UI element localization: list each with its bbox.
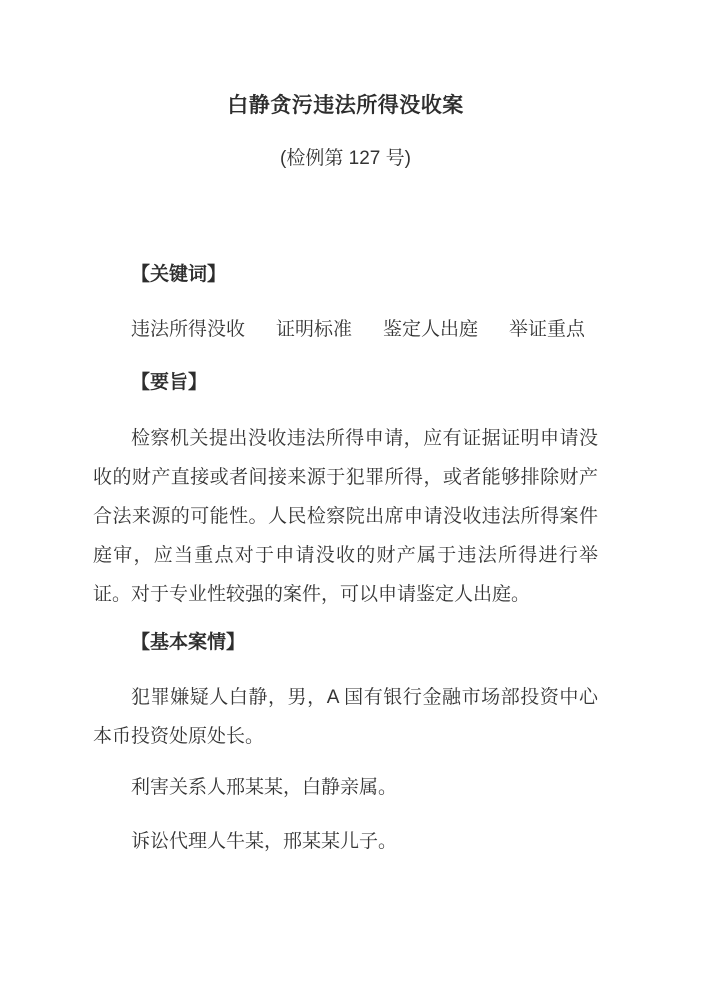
gist-heading: 【要旨】 (93, 363, 598, 402)
document-title: 白静贪污违法所得没收案 (93, 91, 598, 120)
gist-paragraph: 检察机关提出没收违法所得申请，应有证据证明申请没收的财产直接或者间接来源于犯罪所… (93, 419, 598, 614)
case-number: (检例第 127 号) (93, 144, 598, 173)
document-page: 白静贪污违法所得没收案 (检例第 127 号) 【关键词】 违法所得没收证明标准… (0, 0, 707, 999)
basic-facts-heading: 【基本案情】 (93, 623, 598, 662)
keywords-line: 违法所得没收证明标准鉴定人出庭举证重点 (93, 310, 598, 349)
fact-paragraph-suspect: 犯罪嫌疑人白静，男，A 国有银行金融市场部投资中心本币投资处原处长。 (93, 678, 598, 756)
keyword-item: 举证重点 (509, 319, 585, 340)
fact-paragraph-interested-party: 利害关系人邢某某，白静亲属。 (93, 768, 598, 807)
keyword-item: 鉴定人出庭 (383, 319, 478, 340)
keywords-heading: 【关键词】 (93, 255, 598, 294)
document-content: 白静贪污违法所得没收案 (检例第 127 号) 【关键词】 违法所得没收证明标准… (93, 91, 598, 861)
keyword-item: 证明标准 (276, 319, 352, 340)
fact-paragraph-litigation-agent: 诉讼代理人牛某，邢某某儿子。 (93, 822, 598, 861)
keyword-item: 违法所得没收 (131, 319, 245, 340)
